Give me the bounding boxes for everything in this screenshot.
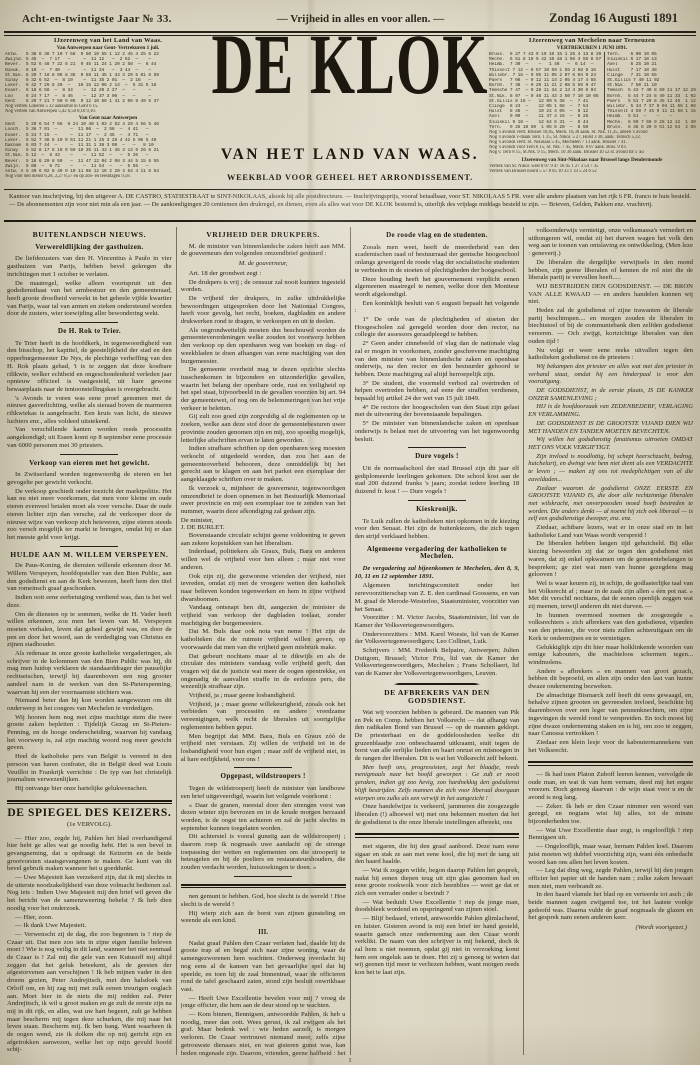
article-separator-rule	[60, 546, 118, 547]
paragraph: 4° De rectors der hoogescholen van den S…	[355, 404, 520, 419]
article-heading-buitenlandsch-nieuws: BUITENLANDSCH NIEUWS.	[7, 231, 172, 239]
article-heading-kieskronijk: Kieskronijk.	[355, 506, 520, 514]
column-2: VRIJHEID DER DRUKPERS.M. de minister van…	[181, 227, 346, 1057]
paragraph: Wel is waar keuren zij, in schijn, de go…	[528, 580, 693, 611]
left-timetable-notes: Nog vertrek Lokeren 5 32 aankomst in Gen…	[5, 104, 211, 114]
paragraph: — Ik had toen Platon Zuboff leeren kenne…	[528, 771, 693, 802]
paragraph: Vrijheid, ja ; maar geene willekeurighei…	[181, 701, 346, 732]
paragraph: Hij ontvange hier onze hartelijke gelukw…	[7, 785, 172, 793]
right-timetable-columns: Bruss. 6 27 7 43 9 19 10 15 1 26 4 13 8 …	[489, 52, 695, 130]
paragraph: Zooals men weet, heeft de meerderheid va…	[355, 244, 520, 275]
quoted-paragraph: Wij bekampen den priester en alles wat m…	[528, 363, 693, 386]
paragraph: Ziedaar een klein lesje voor de kabouter…	[528, 739, 693, 754]
paragraph: Ook zijn zij, die gezworene vrienden der…	[181, 573, 346, 604]
paragraph: In Zwitserland worden tegenwoordig de ei…	[7, 471, 172, 486]
quoted-paragraph: Zijn invloed is noodlottig, hij schept h…	[528, 453, 693, 484]
paragraph: Nu volgt er weer eene reeks uitvallen te…	[528, 347, 693, 362]
paragraph: De liberalen hebben langen tijd gehuiche…	[528, 540, 693, 579]
article-heading-wildstroopers: Opgepast, wildstroopers !	[181, 773, 346, 781]
page-number: 1	[0, 1057, 700, 1064]
paragraph: Heden zal de godsdienst of zijne trawant…	[528, 307, 693, 346]
article-heading-rok-trier: De H. Rok te Trier.	[7, 328, 172, 336]
paragraph: De Paus-Koning, de diensten willende erk…	[7, 562, 172, 593]
paragraph: Gij zult zoo goed zijn zorgvuldig al de …	[181, 413, 346, 444]
column-4: volksonderwijs vernietigt, onze volksmas…	[528, 227, 693, 1057]
column-separator-1	[176, 227, 177, 1055]
column-1: BUITENLANDSCH NIEUWS.Verwereldlijking de…	[7, 227, 172, 1057]
paragraph: — Blijf bedaard, vriend, antwoordde Pahl…	[355, 915, 520, 977]
italic-paragraph: De vergadering zal bijeenkomen te Mechel…	[355, 565, 520, 580]
timetable-row: Temsche 7 47 — 9 28 11 34 2 13 4 30 8 04	[489, 88, 601, 93]
newspaper-title: DE KLOK	[209, 21, 491, 165]
issue-date: Zondag 16 Augusti 1891	[549, 11, 678, 26]
edition-number: Acht-en-twintigste Jaar № 33.	[22, 13, 172, 25]
paragraph: — Zeker. Ik heb er den Czaar nimmer een …	[528, 803, 693, 826]
paragraph: Te Trier heeft in de hoofdkerk, in tegen…	[7, 340, 172, 394]
article-heading-roode-vlag: De roode vlag en de studenten.	[355, 232, 520, 240]
salutation: M. de gouverneur,	[181, 260, 346, 268]
paragraph: Indien strafbare schriften op den openba…	[181, 445, 346, 484]
article-heading-dure-vogels: Dure vogels !	[355, 453, 520, 461]
quoted-paragraph: DE GODSDIENST, in de eerste plaats, IS D…	[528, 387, 693, 402]
paragraph: — Wat beduidt Uwe Excellentie ! riep de …	[355, 899, 520, 914]
paragraph: De liberalen die dergelijke verwijtsels …	[528, 259, 693, 282]
paragraph: De almachtige Bismarck zelf heeft dit ee…	[528, 692, 693, 738]
left-timetable-subtitle: Van Antwerpen naar Gent- Vertrekuren 1 j…	[5, 45, 211, 51]
paragraph: M. de minister van binnenlandsche zaken …	[181, 243, 346, 258]
paragraph: Gelukkiglijk zijn dit hier maar holklink…	[528, 644, 693, 667]
feuilleton-rule	[355, 833, 520, 837]
notice-bottom-rule	[4, 220, 696, 222]
right-timetable-subtitle-2: IJzerenweg van Sint-Nikolaas naar Brusse…	[489, 157, 695, 163]
article-separator-rule	[234, 767, 292, 768]
paragraph: Onze handelwijze is verkeerd, jammeren d…	[355, 803, 520, 826]
timetable-row: Heimb. 7 30 — — 1 46 — 6 14 —	[489, 62, 601, 67]
paragraph: 5° De minister van binnenlandsche zaken …	[355, 420, 520, 443]
paragraph: Algemeen inrichtingscomiteit onder het e…	[355, 582, 520, 613]
paragraph: 2° Geen ander zinnebeeld of vlag dan de …	[355, 340, 520, 379]
paragraph: « Daar de granen, meestal door den stren…	[181, 802, 346, 833]
paragraph: 's Avonds te voren was eene proef genome…	[7, 395, 172, 426]
paragraph: met sigaren, die hij den graaf aanbood. …	[355, 843, 520, 866]
paragraph: Hij wierp zich aan de borst van zijnen g…	[181, 910, 346, 925]
masthead: DE KLOK VAN HET LAND VAN WAAS. WEEKBLAD …	[212, 36, 488, 182]
timetable-note: Nog v. Tern 8 15, St.Nik. 9 15, Mech. 10…	[489, 150, 695, 155]
column-separator-2	[350, 227, 351, 1055]
paragraph: Vrijheid, ja ; maar geene losbandigheid.	[181, 692, 346, 700]
paragraph: — Hier zoo, zegde hij, Pahlen het blad o…	[7, 835, 172, 874]
paragraph: De maatregel, welke alleen voortspruit u…	[7, 280, 172, 319]
paragraph: — Wat ik zeggen wilde, begon daarop Pahl…	[355, 867, 520, 898]
paragraph: nen gemunt te hebben. God, hoe slecht is…	[181, 893, 346, 908]
paragraph: Van verschillende kanten worden reeds pr…	[7, 426, 172, 449]
paragraph: In den haard vlamde het blad op en verte…	[528, 891, 693, 922]
timetable-note: Nog vertrek van Antwerpen 5,42 6,50 8,10…	[5, 109, 211, 114]
paragraph: — Ongelooflijk, maar waar, hernam Pahlen…	[528, 843, 693, 866]
right-timetable-rows-right: Tern. 6 00 10 05Sluiskil 6 17 10 13Axel …	[604, 52, 696, 130]
paragraph: Schrijvers : MM. Frederik Belpaire, Antw…	[355, 647, 520, 678]
chapter-number: III.	[181, 929, 346, 937]
quoted-paragraph: DE GODSDIENST IS DE GROOTSTE VIJAND DIEN…	[528, 420, 693, 435]
article-separator-rule	[234, 876, 292, 877]
timetable-note: Vertrek van Brussel noord 5 57 8 05 10 3…	[489, 169, 695, 174]
right-timetable-subtitle: VERTREKUREN 1 JUNI 1891.	[489, 45, 695, 51]
paragraph: De vrijheid der drukpers, in zulke uitdr…	[181, 295, 346, 326]
right-timetable-title: IJzerenweg van Mechelen naar Terneuzen	[489, 37, 695, 44]
left-timetable-rows-2: Gent 5 29 6 54 7 56 9 24 10 40 1 03 2 52…	[5, 122, 211, 174]
article-separator-rule	[60, 454, 118, 455]
paragraph: Wij hooren hem nog met zijne machtige st…	[7, 714, 172, 753]
paragraph: Bovenstaande circulair schijnt geene vol…	[181, 532, 346, 547]
feuilleton-subtitle: (1e VERVOLG).	[7, 821, 172, 829]
paragraph: De verkoop geschiedt onder toezicht der …	[7, 488, 172, 542]
signature: J. DE BURLET.	[181, 524, 346, 532]
article-heading-eieren: Verkoop van eieren met het gewicht.	[7, 460, 172, 468]
paragraph: Deze houding heeft het gouvernement verp…	[355, 276, 520, 299]
timetable-note: Nog voor den dienst 6,28, 2,27 8,57 en o…	[5, 174, 211, 179]
quoted-paragraph: Wij willen het godsdienstig fanatismus u…	[528, 436, 693, 451]
paragraph: Inderdaad, politiekers als Graux, Buls, …	[181, 548, 346, 571]
paragraph: In hunnen overmoed noemen de zoogezegde …	[528, 612, 693, 643]
paragraph: Als ongrondwettelijk moeten dus beschouw…	[181, 327, 346, 366]
paragraph: — Ik dank Uwe Majesteit.	[7, 922, 172, 930]
article-separator-rule	[408, 500, 466, 501]
paragraph: WIJ BESTRIJDEN DEN GODSDIENST. — DE BRON…	[528, 283, 693, 306]
article-heading-gasthuizen: Verwereldlijking der gasthuizen.	[7, 244, 172, 252]
feuilleton-rule	[181, 884, 346, 888]
paragraph: — Uwe Majesteit kan verzekerd zijn, dat …	[7, 874, 172, 913]
newspaper-page: Acht-en-twintigste Jaar № 33. — Vrijheid…	[0, 0, 700, 1065]
paragraph: Vandaag ontsnapt hen dit, aangezien de m…	[181, 604, 346, 627]
paragraph: Ziedaar, achtbare lezers, wat er in onze…	[528, 524, 693, 539]
quoted-paragraph: HIJ is de hoofdoorzaak van ZEDENBEDERF, …	[528, 403, 693, 418]
feuilleton-rule	[7, 800, 172, 804]
feuilleton-title: DE SPIEGEL DES KEIZERS.	[7, 810, 172, 818]
paragraph: Een koninklijk besluit van 6 augusti bep…	[355, 300, 520, 315]
quoted-paragraph: Ziedaar waarom de godsdienst ONZE EERSTE…	[528, 485, 693, 524]
left-timetable-notes-2: Nog voor den dienst 6,28, 2,27 8,57 en o…	[5, 174, 211, 179]
timetable-row: Temsch 5 43 7 40 8 50 11 17 12 29	[607, 88, 696, 93]
left-timetable-subtitle-2: Van Gent naar Antwerpen	[5, 115, 211, 121]
right-timetable: IJzerenweg van Mechelen naar Terneuzen V…	[489, 37, 695, 174]
article-heading-vergadering-mechelen: Algemeene vergadering der katholieken te…	[355, 546, 520, 561]
paragraph: — Heeft Uwe Excellentie bevelen voor mij…	[181, 995, 346, 1010]
subscription-notice: Kantoor van inschrijving, bij den uitgev…	[9, 193, 691, 210]
paragraph: 3° De student, die voormeld verbod zal o…	[355, 380, 520, 403]
paragraph: De drukpers is vrij ; de censuur zal noo…	[181, 279, 346, 294]
paragraph: Ondervoorzitters : MM. Karel Woeste, lid…	[355, 631, 520, 646]
paragraph: Andere « afbrekers » en mannen van groot…	[528, 668, 693, 691]
paragraph: Om de diensten op te sommen, welke de H.…	[7, 611, 172, 650]
paragraph: — Kom binnen, Bennigsen, antwoordde Pahl…	[181, 1011, 346, 1057]
paragraph: Dat gebeurt nochtans maar al te dikwijls…	[181, 653, 346, 692]
paragraph: Men begrijpt dat MM. Bara, Buls en Graux…	[181, 733, 346, 764]
paragraph: Indien ooit eene eerbetuiging verdiend w…	[7, 594, 172, 609]
quoted-paragraph: Men heeft ons, progressisten, zegt het b…	[355, 764, 520, 803]
paragraph: Dat M. Buls daar ook nota van neme ! Het…	[181, 628, 346, 651]
paragraph: — Verwenscht zij de dag, die zoo begonne…	[7, 931, 172, 1054]
article-separator-rule	[408, 447, 466, 448]
paragraph: Dit achterstel is vooral gunstig aan de …	[181, 833, 346, 872]
column-separator-3	[523, 227, 524, 1055]
paragraph: Als redenaar in onze groote katholieke v…	[7, 650, 172, 696]
paragraph: — Leg dat ding weg, zegde Pahlen, terwij…	[528, 867, 693, 890]
article-heading-afbrekers: DE AFBREKERS VAN DEN GODSDIENST.	[355, 689, 520, 704]
continuation-note: (Wordt voortgezet.)	[528, 924, 693, 932]
paragraph: De liefdezusters van den H. Vincentius à…	[7, 255, 172, 278]
paragraph: Tegen de wildstrooperij heeft de ministe…	[181, 785, 346, 800]
signature: De minister,	[181, 517, 346, 525]
masthead-bottom-rule	[4, 189, 696, 190]
paragraph: Nadat graaf Pahlen den Czaar verlaten ha…	[181, 940, 346, 994]
left-timetable: IJzerenweg van het Land van Waas. Van An…	[5, 37, 211, 179]
paragraph: — Hier, zoon.	[7, 914, 172, 922]
ornament-rule	[394, 683, 480, 686]
newspaper-tagline: WEEKBLAD VOOR GEHEEL HET ARRONDISSEMENT.	[212, 173, 488, 182]
paragraph: Art. 18 der grondwet zegt :	[181, 270, 346, 278]
right-timetable-rows-2: Vertrek van St. Nikol. west 8 07 9 47 10…	[489, 164, 695, 174]
article-heading-verspeyen: HULDE AAN M. WILLEM VERSPEYEN.	[7, 551, 172, 559]
paragraph: Te Luik zullen de katholieken niet opkom…	[355, 518, 520, 541]
paragraph: Uit de normaalschool der stad Brussel zi…	[355, 465, 520, 496]
right-timetable-rows-left: Bruss. 6 27 7 43 9 19 10 15 1 26 4 13 8 …	[489, 52, 601, 130]
timetable-row: Axel 9 09 — 11 47 4 15 — 8 28	[489, 114, 601, 119]
paragraph: 1° De orde van de plechtigheden of stoet…	[355, 316, 520, 339]
paragraph: Niemand beter dan hij kon worden aangewe…	[7, 697, 172, 712]
paragraph: Heel de katholieke pers van België is ve…	[7, 753, 172, 784]
paragraph: — Wat Uwe Excellentie daar zegt, is onge…	[528, 827, 693, 842]
article-heading-drukpers: VRIJHEID DER DRUKPERS.	[181, 231, 346, 239]
paragraph: De gemeente overheid mag te dezen opzich…	[181, 366, 346, 412]
right-timetable-notes: Nog 's avonds vertr. Brussel 10,05, Mech…	[489, 130, 695, 155]
column-3: De roode vlag en de studenten.Zooals men…	[355, 227, 520, 1057]
paragraph: Ik verzoek u, mijnheer de gouverneur, te…	[181, 485, 346, 516]
article-separator-rule	[60, 322, 118, 323]
left-timetable-rows: Antw. 5 38 6 38 7 10 7 58 9 50 10 55 1 1…	[5, 52, 211, 104]
paragraph: Voorzitter : M. Victor Jacobs, Staatsmin…	[355, 614, 520, 629]
feuilleton-rule	[528, 761, 693, 765]
paragraph: Wat wij voorzien hebben is gebeurd. De m…	[355, 709, 520, 763]
paragraph: volksonderwijs vernietigt, onze volksmas…	[528, 227, 693, 258]
left-timetable-title: IJzerenweg van het Land van Waas.	[5, 37, 211, 44]
